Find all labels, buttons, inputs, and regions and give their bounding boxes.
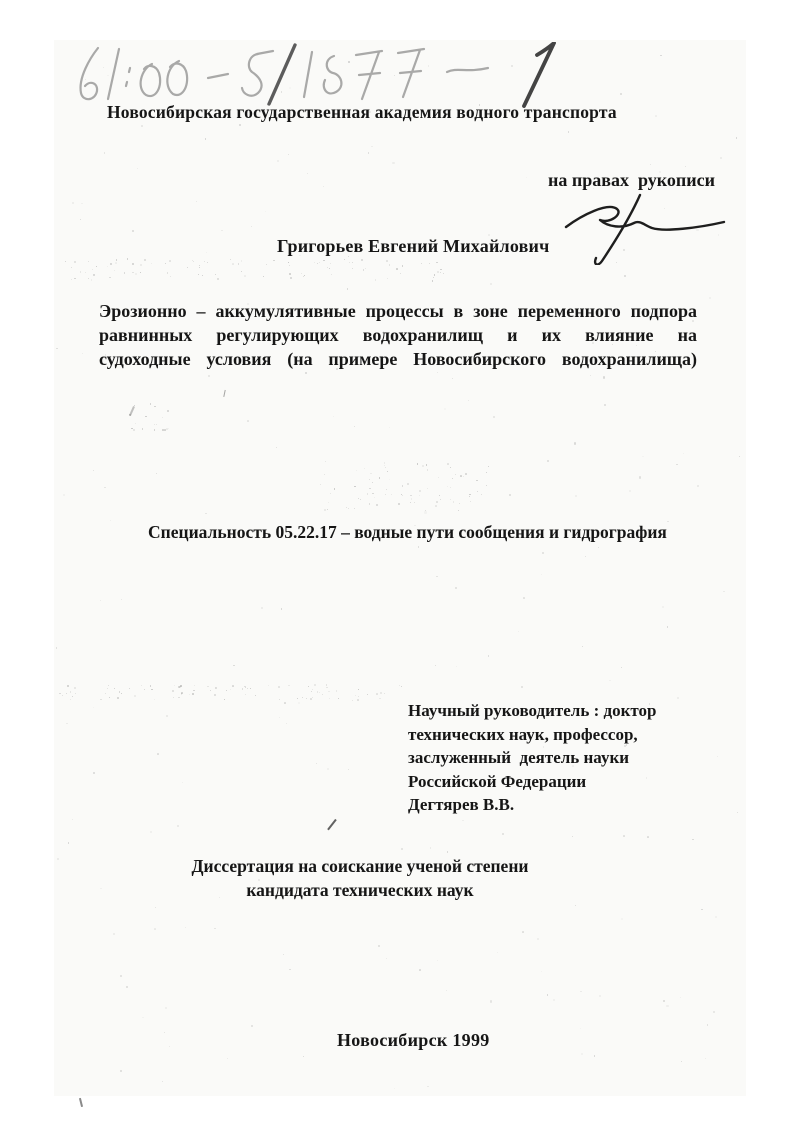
city-year: Новосибирск 1999 <box>337 1030 490 1051</box>
scanned-page: Новосибирская государственная академия в… <box>0 0 793 1122</box>
supervisor-block: Научный руководитель : доктор технически… <box>408 699 656 817</box>
institution-name: Новосибирская государственная академия в… <box>107 102 617 123</box>
dissertation-title: Эрозионно – аккумулятивные процессы в зо… <box>99 299 697 371</box>
title-line: равнинных регулирующих водохранилищ и их… <box>99 323 697 347</box>
statement-line: Диссертация на соискание ученой степени <box>140 855 580 879</box>
supervisor-line: Российской Федерации <box>408 770 656 794</box>
statement-line: кандидата технических наук <box>140 879 580 903</box>
title-line: судоходные условия (на примере Новосибир… <box>99 347 697 371</box>
author-name: Григорьев Евгений Михайлович <box>277 236 549 257</box>
supervisor-line: Научный руководитель : доктор <box>408 699 656 723</box>
catalog-number-handwriting <box>62 42 562 110</box>
supervisor-line: Дегтярев В.В. <box>408 793 656 817</box>
supervisor-line: технических наук, профессор, <box>408 723 656 747</box>
title-line: Эрозионно – аккумулятивные процессы в зо… <box>99 299 697 323</box>
author-signature <box>560 185 730 265</box>
dissertation-statement: Диссертация на соискание ученой степени … <box>140 855 580 902</box>
supervisor-line: заслуженный деятель науки <box>408 746 656 770</box>
speciality-line: Специальность 05.22.17 – водные пути соо… <box>148 522 667 543</box>
stray-pen-mark <box>79 1098 83 1107</box>
